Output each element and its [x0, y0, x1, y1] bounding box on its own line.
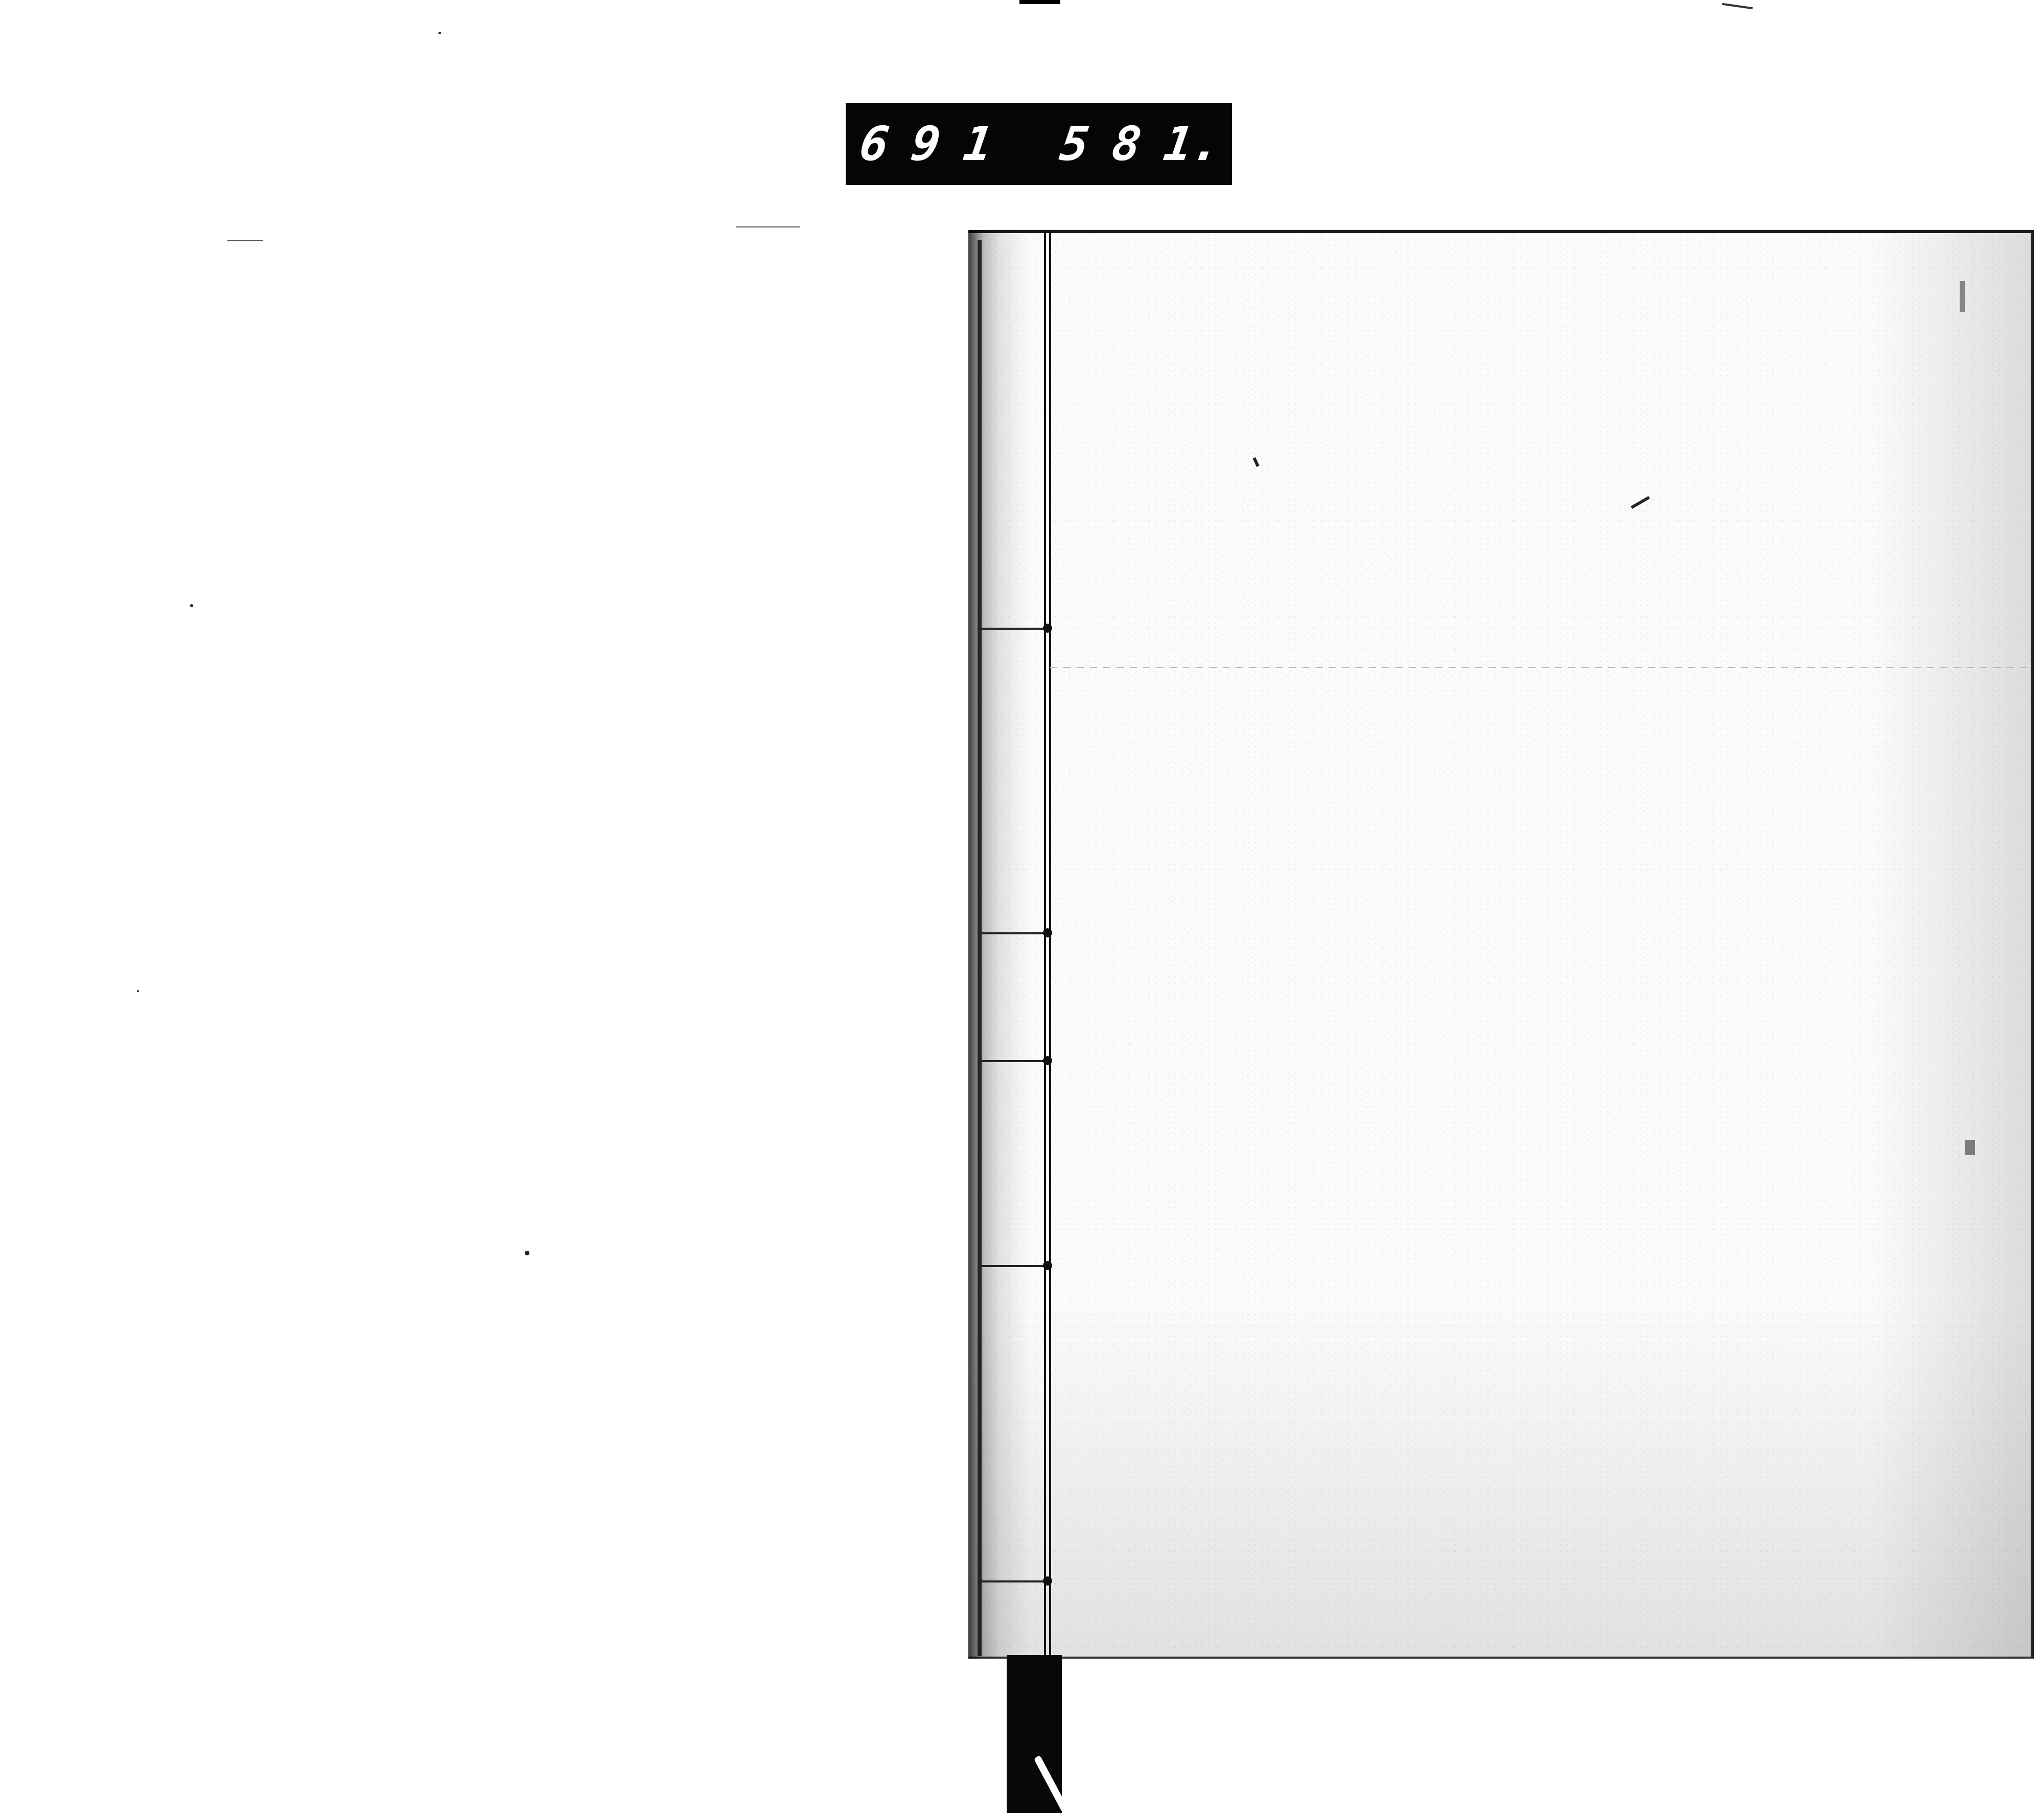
call-number-digit: 6: [857, 121, 892, 168]
scan-artifact: [1019, 0, 1060, 4]
stitch-knot-icon: [1043, 1576, 1052, 1586]
book-cover: [968, 230, 2034, 1659]
scan-crease: [1050, 667, 2031, 668]
scan-artifact: [1722, 3, 1753, 9]
dust-speck: [137, 990, 139, 992]
binding-stitch: [981, 1060, 1048, 1062]
binding-thread: [1044, 230, 1051, 1659]
stitch-knot-icon: [1043, 624, 1052, 633]
stitch-knot-icon: [1043, 928, 1052, 937]
call-number-digit: 8: [1109, 121, 1144, 168]
call-number-right: 5 8 1.: [1060, 121, 1221, 168]
book: [968, 230, 2041, 1659]
paper-blemish: [1965, 1140, 1975, 1155]
paper-blemish: [1960, 281, 1965, 312]
stitch-knot-icon: [1043, 1056, 1052, 1065]
call-number-digit: 5: [1057, 121, 1092, 168]
scan-artifact: [736, 226, 800, 227]
call-number-digit: 1: [960, 121, 995, 168]
binding-stitch: [981, 1580, 1048, 1582]
scan-artifact: [227, 240, 263, 241]
call-number-digit: 1.: [1161, 121, 1224, 168]
call-number-digit: 9: [909, 121, 943, 168]
spine-edge: [978, 240, 982, 1656]
dust-speck: [190, 604, 193, 607]
stitch-knot-icon: [1043, 1261, 1052, 1270]
binding-stitch: [981, 1265, 1048, 1267]
dust-speck: [525, 1251, 529, 1255]
binding-stitch: [981, 932, 1048, 934]
dust-speck: [438, 32, 441, 34]
scanned-page: 6 9 1 5 8 1.: [0, 0, 2044, 1813]
call-number-label: 6 9 1 5 8 1.: [846, 103, 1232, 185]
binding-stitch: [981, 628, 1048, 630]
call-number-left: 6 9 1: [860, 121, 992, 168]
